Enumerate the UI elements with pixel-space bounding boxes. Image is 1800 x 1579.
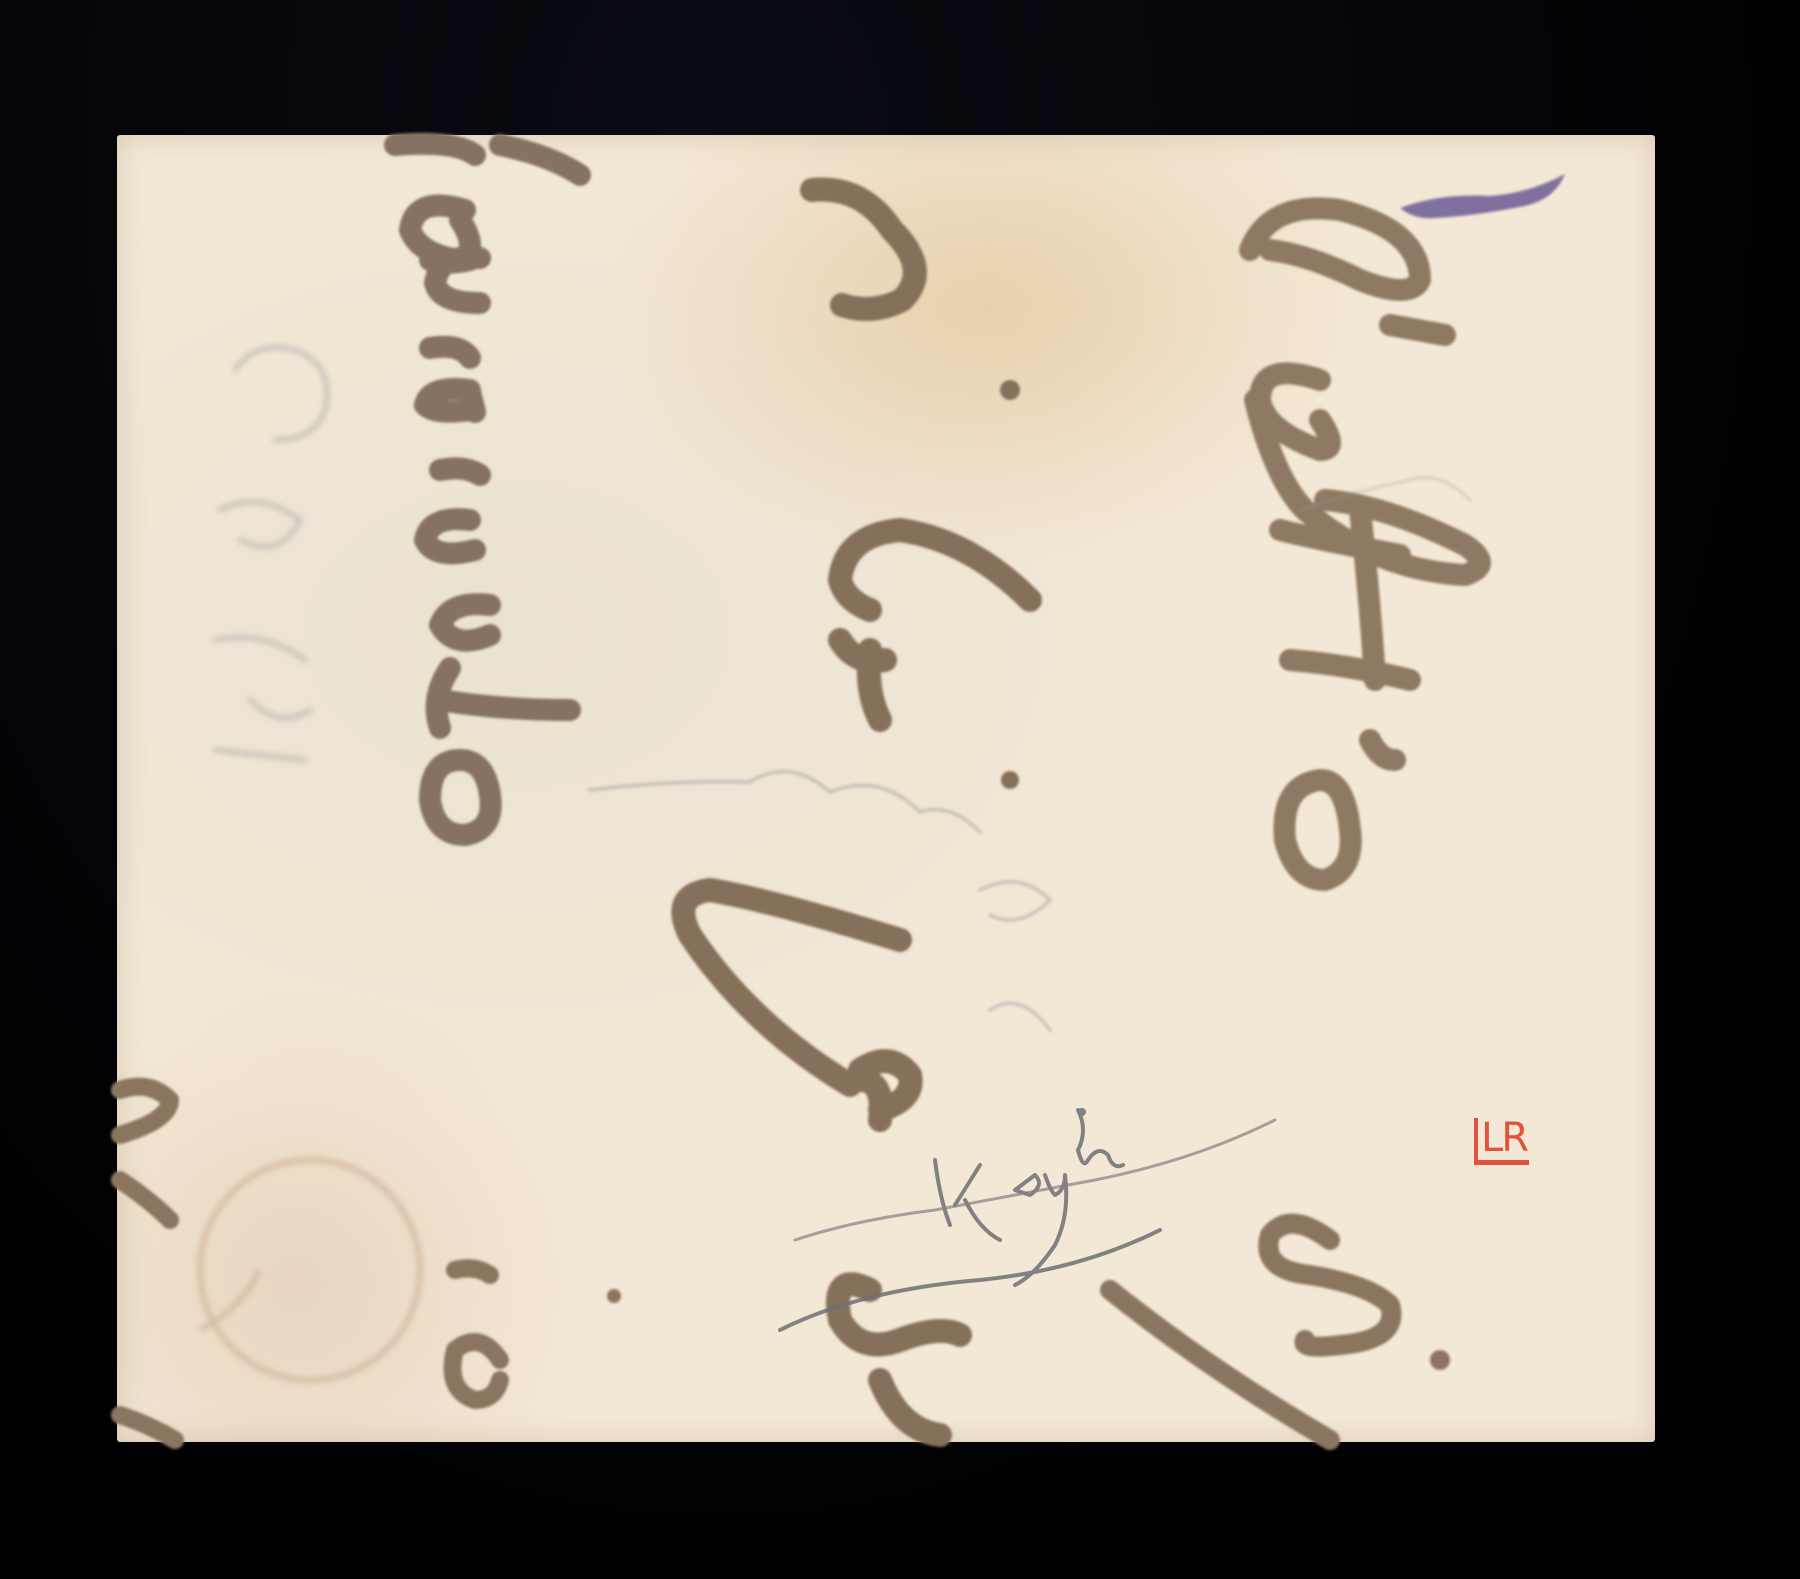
expert-mark-lr: LR xyxy=(1474,1118,1529,1165)
ink-right-column xyxy=(1250,208,1480,880)
faint-pencil-marks-left xyxy=(215,348,327,761)
ink-bottom-right xyxy=(1110,1224,1450,1440)
faint-pencil-center xyxy=(590,478,1470,1031)
pencil-signature xyxy=(780,1110,1275,1330)
ink-center-column xyxy=(683,190,1030,1436)
ink-left-column xyxy=(395,144,580,835)
handwriting-marks xyxy=(0,0,1800,1579)
stamp-photo-scene: LR xyxy=(0,0,1800,1579)
ghost-postmark xyxy=(200,1160,420,1380)
ink-bottom-left xyxy=(120,1087,621,1440)
violet-ink-smudge xyxy=(1400,174,1565,218)
